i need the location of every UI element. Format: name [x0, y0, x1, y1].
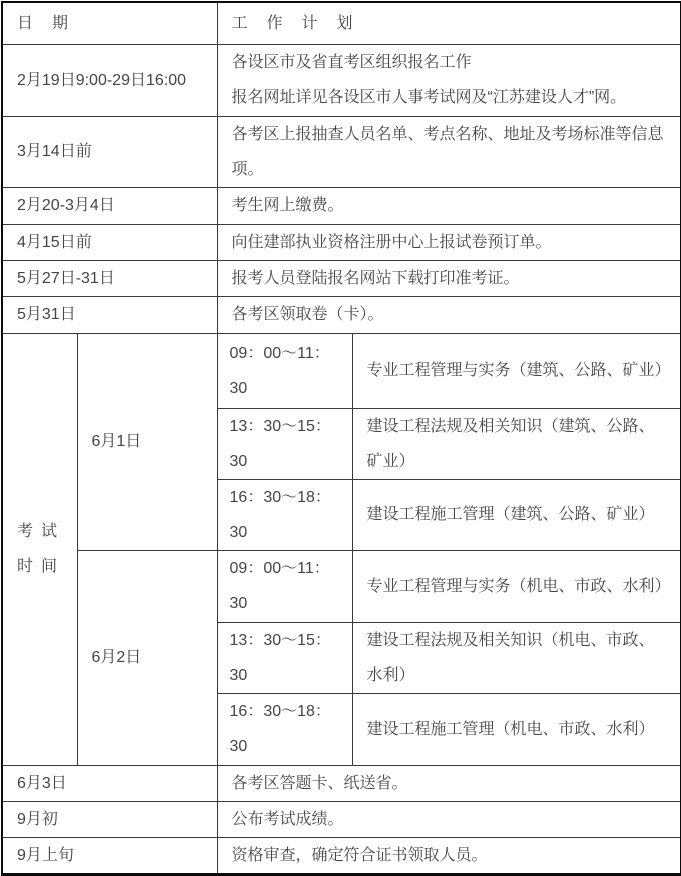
table-row: 9月初 公布考试成绩。: [2, 801, 681, 837]
table-row: 2月19日9:00-29日16:00 各设区市及省直考区组织报名工作 报名网址详…: [2, 44, 681, 116]
date-cell: 6月3日: [2, 765, 217, 801]
table-row: 5月31日 各考区领取卷（卡）。: [2, 296, 681, 333]
session-subject-cell: 专业工程管理与实务（建筑、公路、矿业）: [352, 333, 681, 408]
date-cell: 9月上旬: [2, 837, 217, 874]
header-date-cell: 日期: [2, 2, 217, 44]
exam-time-label-cell: 考试时间: [2, 333, 77, 765]
session-time-cell: 09：00～11：30: [217, 333, 352, 408]
table-row: 2月20-3月4日 考生网上缴费。: [2, 187, 681, 224]
header-plan-cell: 工作计划: [217, 2, 681, 44]
exam-session-row: 6月2日 09：00～11：30 专业工程管理与实务（机电、市政、水利）: [2, 550, 681, 622]
exam-schedule-table: 日期 工作计划 2月19日9:00-29日16:00 各设区市及省直考区组织报名…: [1, 1, 681, 876]
session-time-cell: 09：00～11：30: [217, 550, 352, 622]
date-cell: 4月15日前: [2, 224, 217, 260]
document-page: 日期 工作计划 2月19日9:00-29日16:00 各设区市及省直考区组织报名…: [0, 0, 681, 873]
session-subject-cell: 建设工程施工管理（机电、市政、水利）: [352, 693, 681, 765]
session-time-cell: 13：30～15：30: [217, 622, 352, 693]
plan-cell: 各考区领取卷（卡）。: [217, 296, 681, 333]
session-subject-cell: 建设工程法规及相关知识（机电、市政、水利）: [352, 622, 681, 693]
plan-cell: 报考人员登陆报名网站下载打印准考证。: [217, 260, 681, 296]
date-cell: 5月31日: [2, 296, 217, 333]
plan-line: 各设区市及省直考区组织报名工作: [232, 45, 667, 80]
table-row: 9月上旬 资格审查，确定符合证书领取人员。: [2, 837, 681, 874]
table-row: 3月14日前 各考区上报抽查人员名单、考点名称、地址及考场标准等信息项。: [2, 116, 681, 187]
table-row: 6月3日 各考区答题卡、纸送省。: [2, 765, 681, 801]
exam-date-cell: 6月2日: [77, 550, 217, 765]
plan-line: 报名网址详见各设区市人事考试网及“江苏建设人才”网。: [232, 80, 667, 115]
table-header-row: 日期 工作计划: [2, 2, 681, 44]
session-subject-cell: 建设工程法规及相关知识（建筑、公路、矿业）: [352, 408, 681, 479]
exam-date-cell: 6月1日: [77, 333, 217, 550]
date-cell: 2月20-3月4日: [2, 187, 217, 224]
exam-session-row: 考试时间 6月1日 09：00～11：30 专业工程管理与实务（建筑、公路、矿业…: [2, 333, 681, 408]
plan-cell: 各考区上报抽查人员名单、考点名称、地址及考场标准等信息项。: [217, 116, 681, 187]
plan-cell: 各考区答题卡、纸送省。: [217, 765, 681, 801]
plan-cell: 考生网上缴费。: [217, 187, 681, 224]
table-row: 4月15日前 向住建部执业资格注册中心上报试卷预订单。: [2, 224, 681, 260]
plan-cell: 资格审查，确定符合证书领取人员。: [217, 837, 681, 874]
session-time-cell: 13：30～15：30: [217, 408, 352, 479]
date-cell: 5月27日-31日: [2, 260, 217, 296]
plan-cell: 向住建部执业资格注册中心上报试卷预订单。: [217, 224, 681, 260]
session-subject-cell: 建设工程施工管理（建筑、公路、矿业）: [352, 479, 681, 550]
table-row: 5月27日-31日 报考人员登陆报名网站下载打印准考证。: [2, 260, 681, 296]
date-cell: 3月14日前: [2, 116, 217, 187]
plan-cell: 公布考试成绩。: [217, 801, 681, 837]
date-cell: 9月初: [2, 801, 217, 837]
date-cell: 2月19日9:00-29日16:00: [2, 44, 217, 116]
session-time-cell: 16：30～18：30: [217, 479, 352, 550]
session-subject-cell: 专业工程管理与实务（机电、市政、水利）: [352, 550, 681, 622]
session-time-cell: 16：30～18：30: [217, 693, 352, 765]
plan-cell: 各设区市及省直考区组织报名工作 报名网址详见各设区市人事考试网及“江苏建设人才”…: [217, 44, 681, 116]
